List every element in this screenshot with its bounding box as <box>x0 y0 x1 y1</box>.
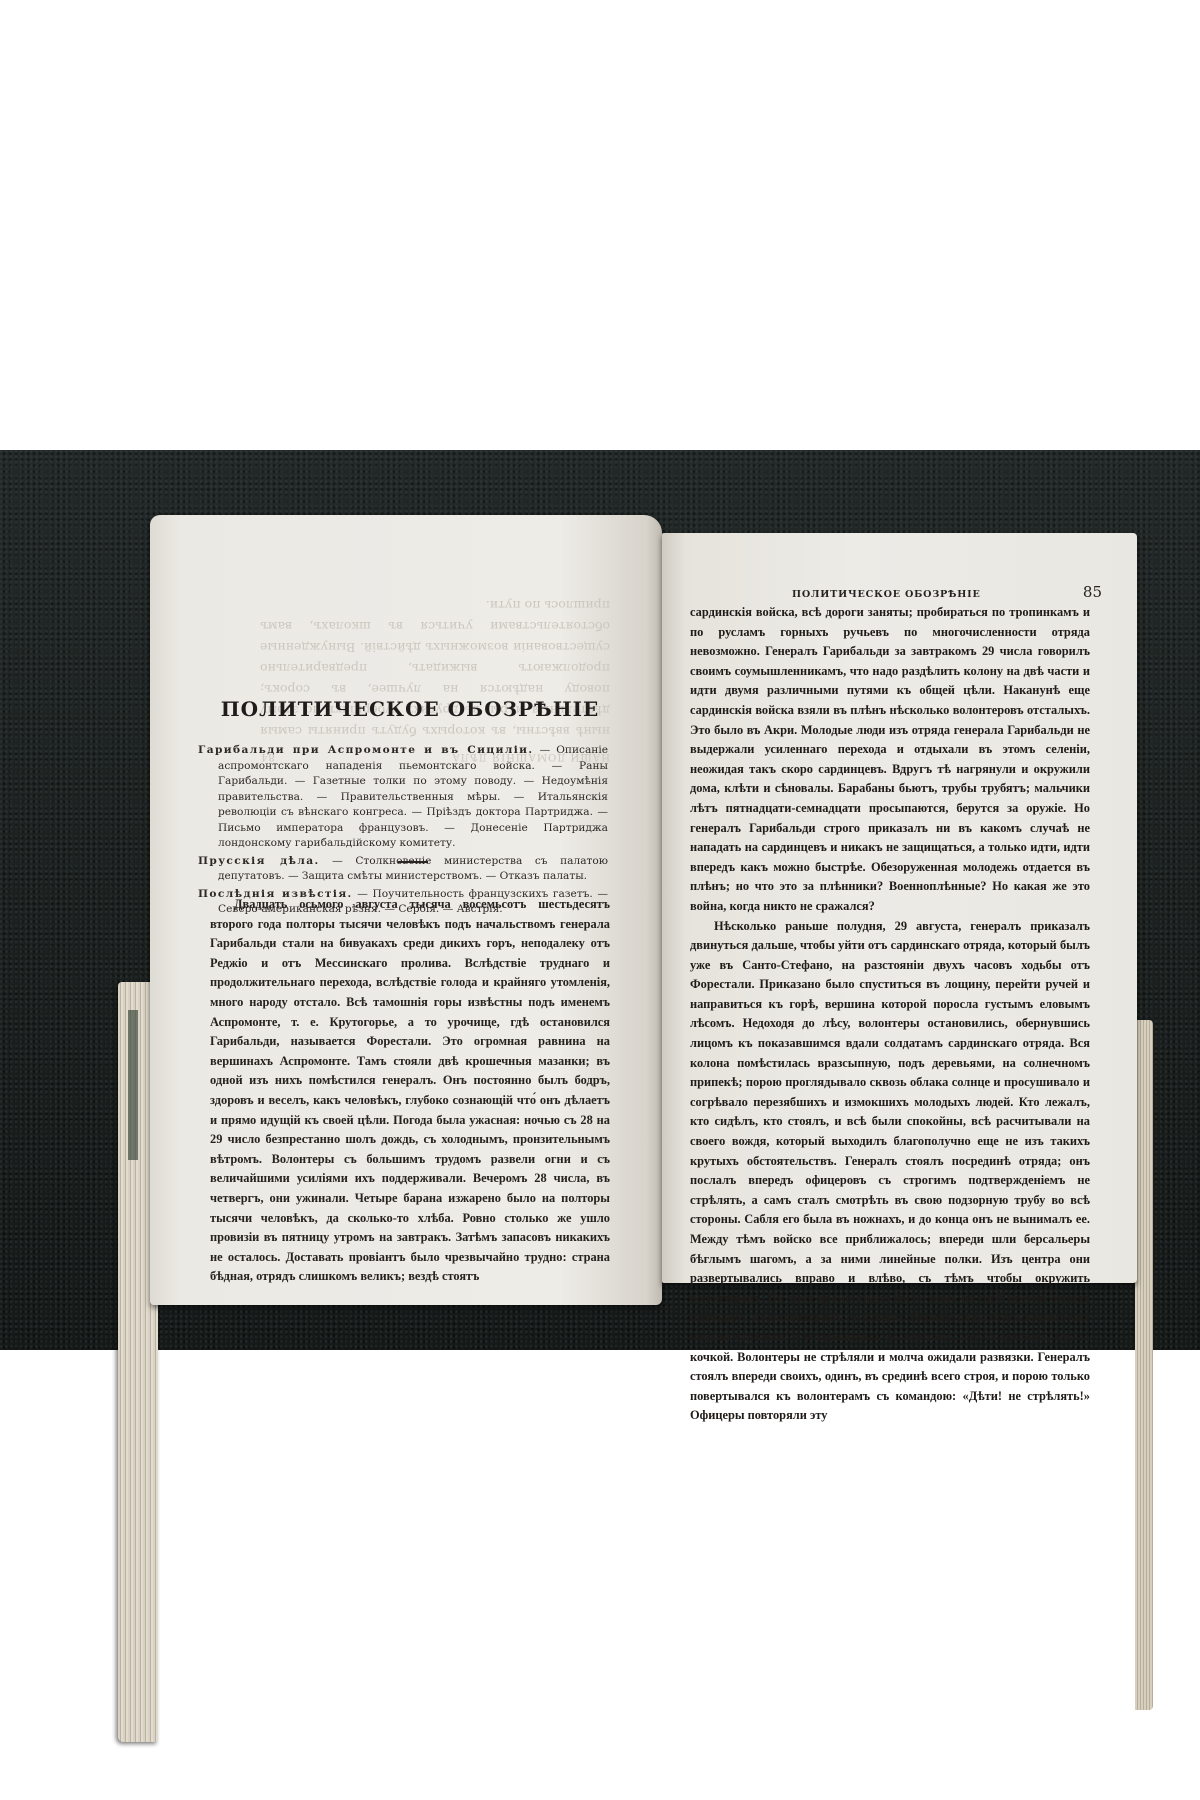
right-body-text: сардинскія войска, всѣ дороги заняты; пр… <box>690 603 1090 1426</box>
left-page: НАШИ ДОМАШНIЯ ДѢЛА 84 нынѣ ввѣстны, въ к… <box>150 515 662 1305</box>
page-stack-edge-right <box>1135 1020 1153 1710</box>
paragraph: Нѣсколько раньше полудня, 29 августа, ге… <box>690 917 1090 1426</box>
summary-section-title: Гарибальди при Аспромонте и въ Сициліи. <box>198 744 533 756</box>
chapter-summary: Гарибальди при Аспромонте и въ Сициліи. … <box>198 743 608 920</box>
binding-cloth <box>128 1010 138 1160</box>
running-head-title: ПОЛИТИЧЕСКОЕ ОБОЗРѢНIЕ <box>792 589 981 600</box>
chapter-title: ПОЛИТИЧЕСКОЕ ОБОЗРѢНIЕ <box>200 697 620 721</box>
summary-item: Гарибальди при Аспромонте и въ Сициліи. … <box>198 743 608 852</box>
paragraph: Двадцать осьмого августа тысяча восемьсо… <box>210 895 610 1287</box>
summary-item: Прусскія дѣла. — Столкновеніе министерст… <box>198 854 608 885</box>
summary-section-title: Прусскія дѣла. <box>198 855 320 867</box>
summary-section-text: — Описаніе аспромонтскаго нападенія пьем… <box>218 744 608 849</box>
section-divider <box>398 861 428 863</box>
right-page: ПОЛИТИЧЕСКОЕ ОБОЗРѢНIЕ 85 сардинскія вой… <box>662 533 1137 1283</box>
running-header: ПОЛИТИЧЕСКОЕ ОБОЗРѢНIЕ 85 <box>702 583 1102 601</box>
paragraph: сардинскія войска, всѣ дороги заняты; пр… <box>690 603 1090 917</box>
left-body-text: Двадцать осьмого августа тысяча восемьсо… <box>210 895 610 1287</box>
page-number: 85 <box>1083 583 1102 601</box>
bleed-through-text: НАШИ ДОМАШНIЯ ДѢЛА 84 нынѣ ввѣстны, въ к… <box>260 595 610 767</box>
